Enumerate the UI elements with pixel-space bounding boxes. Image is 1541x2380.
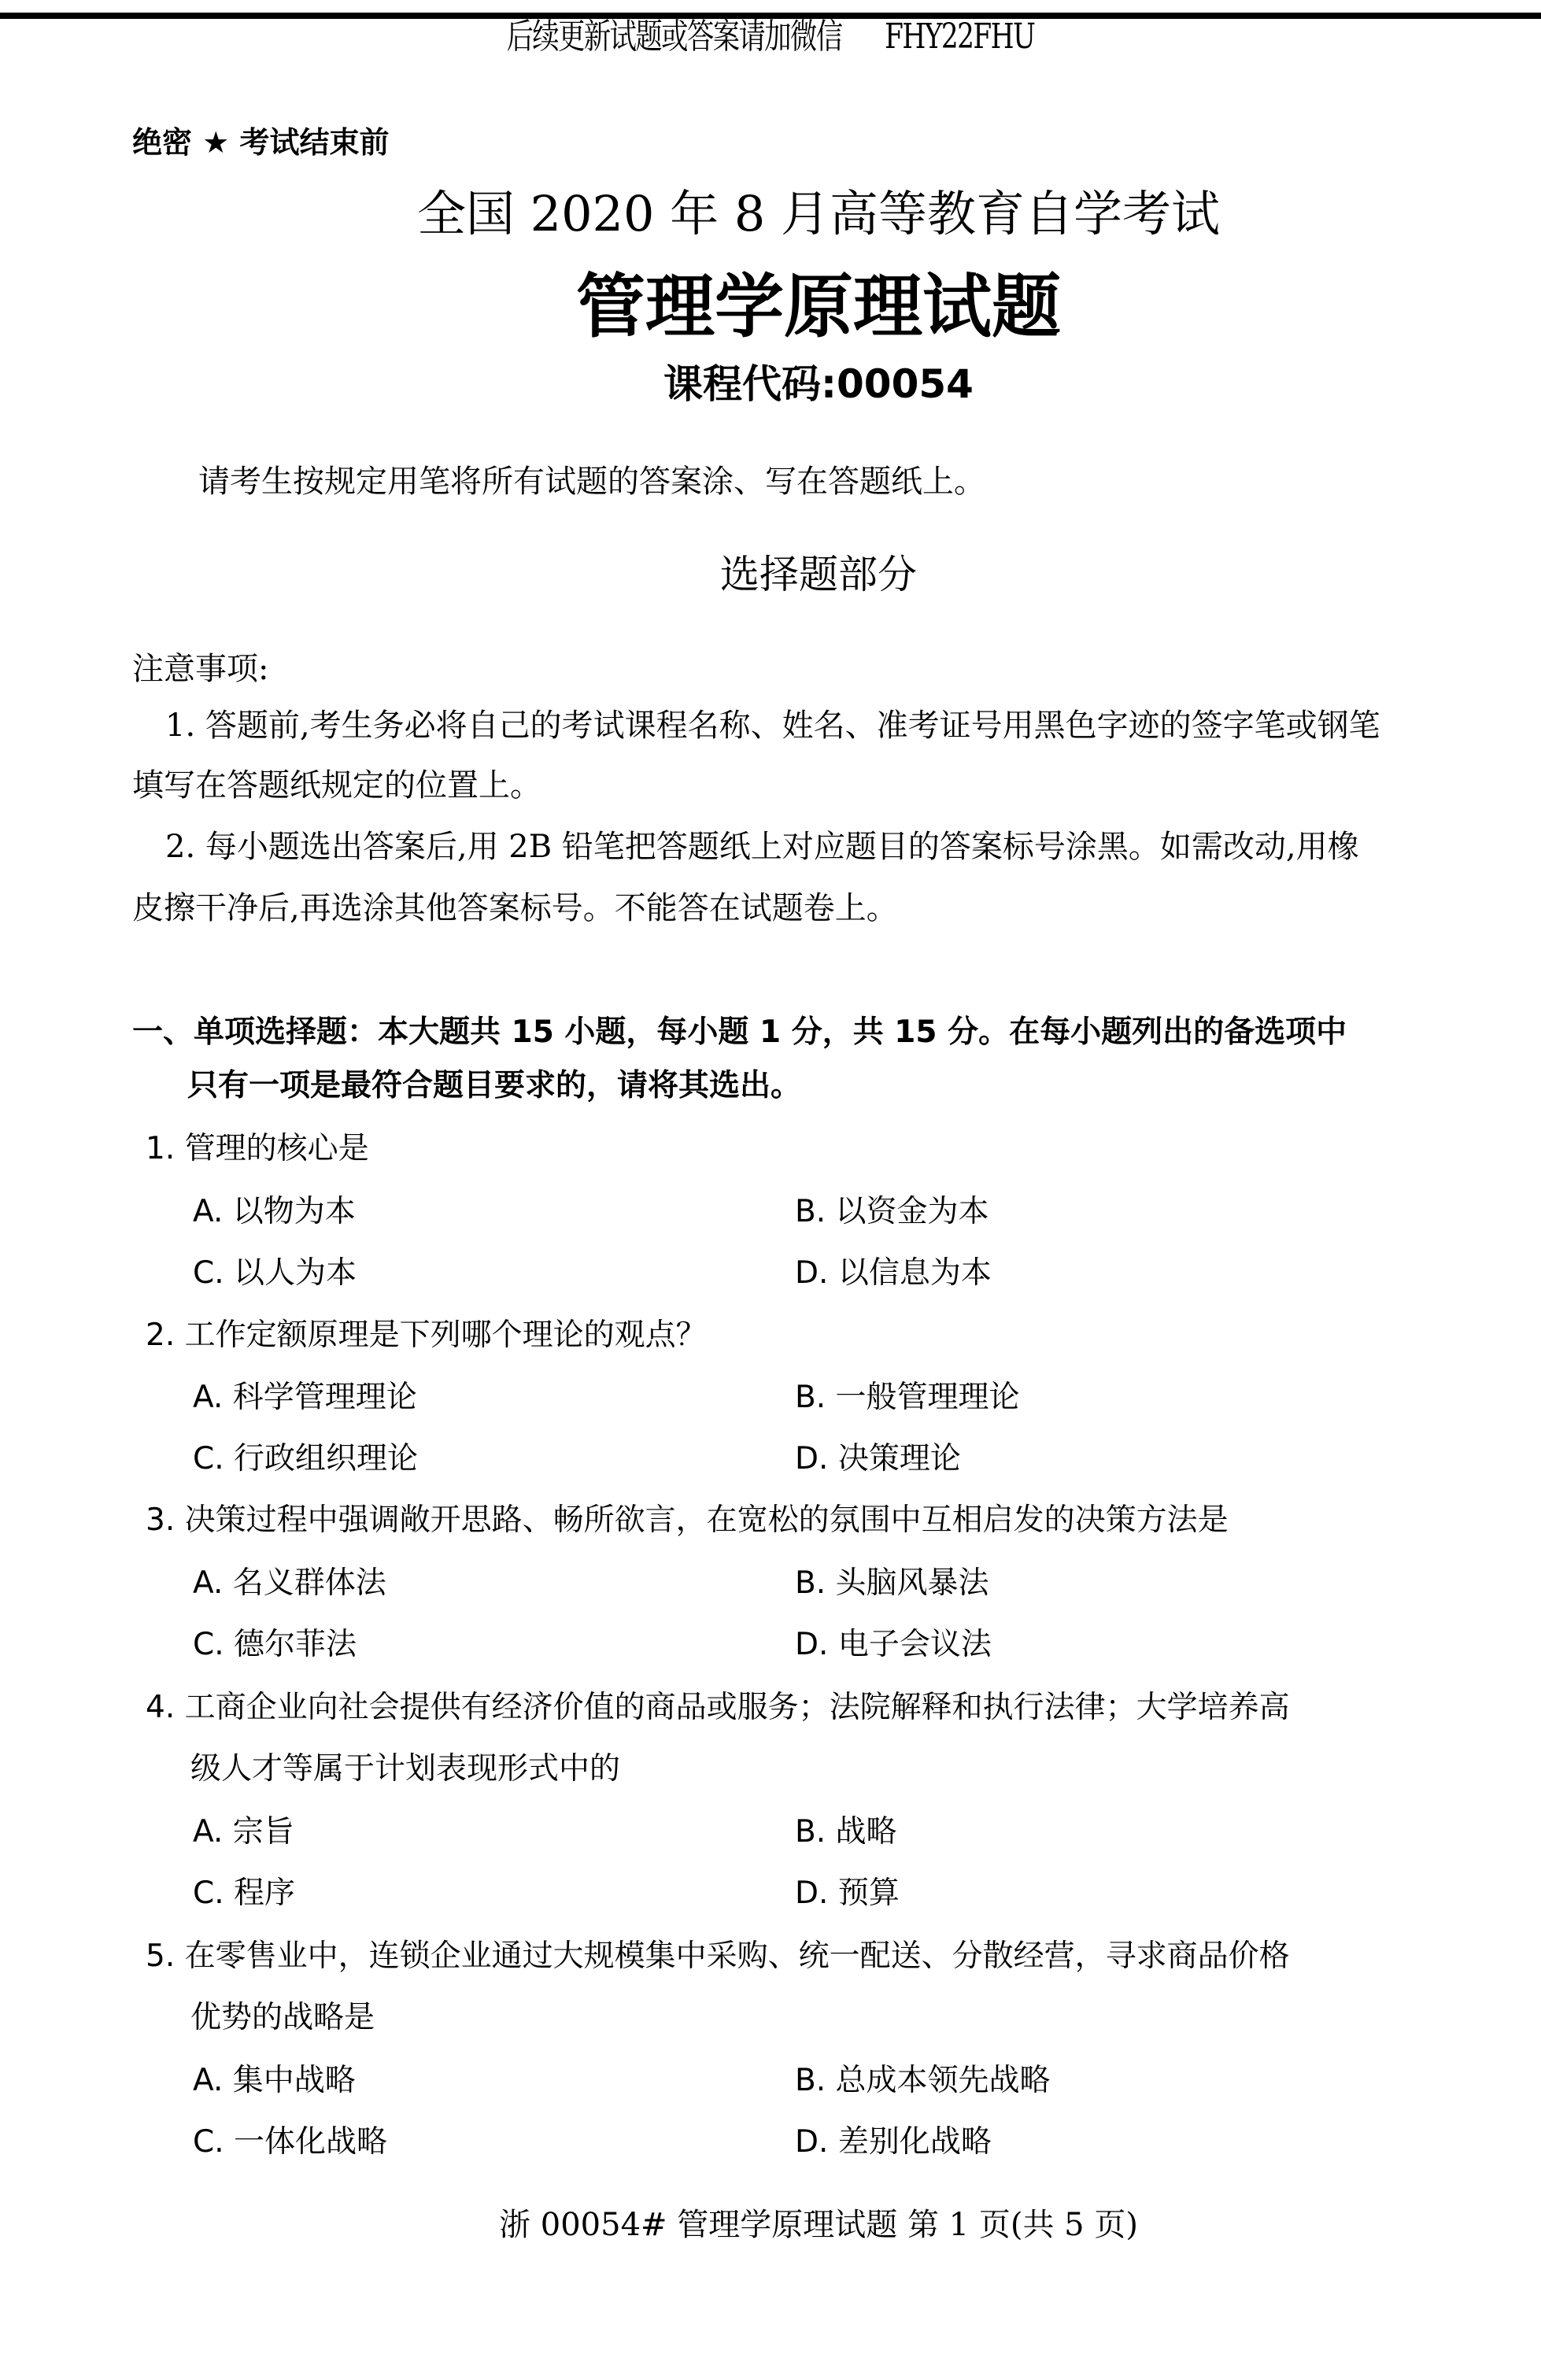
question-1-option-d: D. 以信息为本 [795, 1248, 992, 1292]
question-4-stem-line-1: 4. 工商企业向社会提供有经济价值的商品或服务；法院解释和执行法律；大学培养高 [146, 1683, 1290, 1727]
question-3-option-a: A. 名义群体法 [193, 1558, 386, 1602]
course-code: 课程代码:00054 [0, 353, 1541, 409]
question-3-stem: 3. 决策过程中强调敞开思路、畅所欲言，在宽松的氛围中互相启发的决策方法是 [146, 1495, 1229, 1539]
question-5-option-a: A. 集中战略 [193, 2056, 356, 2100]
note-item-2-line-1: 2. 每小题选出答案后,用 2B 铅笔把答题纸上对应题目的答案标号涂黑。如需改动… [165, 822, 1359, 867]
page-footer: 浙 00054# 管理学原理试题 第 1 页(共 5 页) [0, 2200, 1541, 2245]
watermark-text: 后续更新试题或答案请加微信 [507, 17, 842, 57]
watermark-wechat-id: FHY22FHU [885, 17, 1034, 57]
question-4-option-d: D. 预算 [795, 1868, 900, 1913]
note-item-2-line-2: 皮擦干净后,再选涂其他答案标号。不能答在试题卷上。 [132, 883, 898, 928]
question-1-option-c: C. 以人为本 [193, 1248, 357, 1292]
question-5-option-d: D. 差别化战略 [795, 2117, 992, 2161]
general-instruction: 请考生按规定用笔将所有试题的答案涂、写在答题纸上。 [198, 456, 985, 501]
part-one-heading-line-1: 一、单项选择题：本大题共 15 小题，每小题 1 分，共 15 分。在每小题列出… [132, 1007, 1347, 1051]
question-2-option-d: D. 决策理论 [795, 1434, 961, 1478]
question-2-option-a: A. 科学管理理论 [193, 1373, 417, 1417]
question-4-option-a: A. 宗旨 [193, 1807, 294, 1851]
watermark-banner: 后续更新试题或答案请加微信FHY22FHU [169, 17, 1371, 57]
part-one-heading-line-2: 只有一项是最符合题目要求的，请将其选出。 [187, 1061, 801, 1105]
question-3-option-b: B. 头脑风暴法 [795, 1558, 989, 1602]
confidential-label: 绝密 ★ 考试结束前 [132, 118, 390, 161]
question-5-option-c: C. 一体化战略 [193, 2117, 387, 2161]
question-2-stem: 2. 工作定额原理是下列哪个理论的观点？ [146, 1310, 707, 1354]
question-4-option-c: C. 程序 [193, 1868, 295, 1913]
question-4-stem-line-2: 级人才等属于计划表现形式中的 [190, 1744, 620, 1788]
question-5-stem-line-2: 优势的战略是 [190, 1993, 375, 2037]
note-item-1-line-1: 1. 答题前,考生务必将自己的考试课程名称、姓名、准考证号用黑色字迹的签字笔或钢… [165, 700, 1380, 745]
question-4-option-b: B. 战略 [795, 1807, 897, 1851]
note-item-1-line-2: 填写在答题纸规定的位置上。 [132, 760, 541, 805]
question-2-option-b: B. 一般管理理论 [795, 1373, 1020, 1417]
question-3-option-d: D. 电子会议法 [795, 1620, 992, 1664]
question-1-stem: 1. 管理的核心是 [146, 1124, 369, 1168]
question-2-option-c: C. 行政组织理论 [193, 1434, 418, 1478]
question-5-option-b: B. 总成本领先战略 [795, 2056, 1051, 2100]
question-5-stem-line-1: 5. 在零售业中，连锁企业通过大规模集中采购、统一配送、分散经营，寻求商品价格 [146, 1931, 1290, 1975]
question-1-option-b: B. 以资金为本 [795, 1187, 989, 1231]
exam-name: 全国 2020 年 8 月高等教育自学考试 [0, 175, 1541, 245]
page-title: 管理学原理试题 [0, 252, 1541, 351]
notes-label: 注意事项: [132, 644, 268, 689]
section-heading: 选择题部分 [0, 543, 1541, 600]
question-3-option-c: C. 德尔菲法 [193, 1620, 357, 1664]
question-1-option-a: A. 以物为本 [193, 1187, 356, 1231]
